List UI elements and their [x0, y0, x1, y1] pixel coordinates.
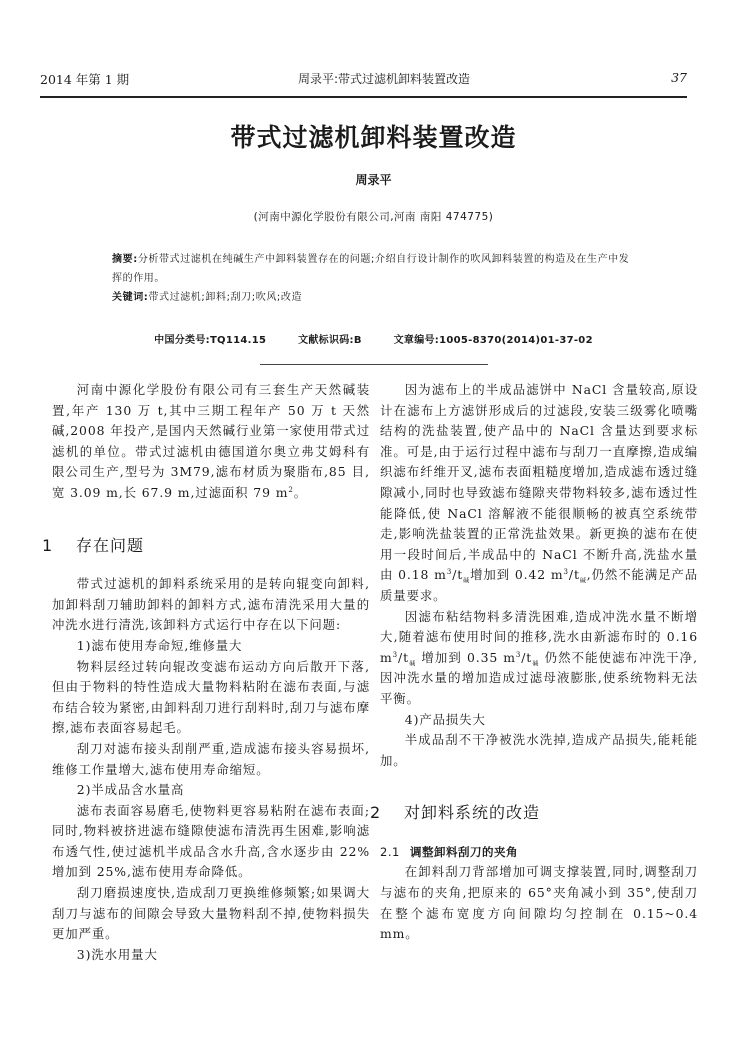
keywords-label: 关键词:: [112, 292, 148, 303]
abstract-text: 分析带式过滤机在纯碱生产中卸料装置存在的问题;介绍自行设计制作的吹风卸料装置的构…: [112, 254, 629, 284]
section-heading-2: 2对卸料系统的改造: [370, 803, 698, 824]
running-title: 周录平:带式过滤机卸料装置改造: [298, 70, 470, 87]
classification-line: 中国分类号:TQ114.15 文献标识码:B 文章编号:1005-8370(20…: [0, 331, 747, 346]
abstract-label: 摘要:: [112, 254, 138, 265]
nacl-paragraph: 因为滤布上的半成品滤饼中 NaCl 含量较高,原设计在滤布上方滤饼形成后的过滤段…: [380, 380, 698, 607]
header-rule: [40, 96, 687, 98]
item4-paragraph: 半成品刮不干净被洗水洗掉,造成产品损失,能耗能加。: [380, 730, 698, 771]
subsection-heading-2-1: 2.1调整卸料刮刀的夹角: [380, 842, 698, 863]
document-code: 文献标识码:B: [298, 335, 362, 346]
article-author: 周录平: [0, 171, 747, 188]
item2-paragraph-1: 滤布表面容易磨毛,使物料更容易粘附在滤布表面;同时,物料被挤进滤布缝隙使滤布清洗…: [52, 801, 370, 883]
section-heading-1: 1存在问题: [42, 536, 370, 557]
running-header: 2014 年第 1 期 周录平:带式过滤机卸料装置改造 37: [40, 70, 687, 90]
section1-paragraph: 带式过滤机的卸料系统采用的是转向辊变向卸料,加卸料刮刀辅助卸料的卸料方式,滤布清…: [52, 574, 370, 636]
intro-paragraph: 河南中源化学股份有限公司有三套生产天然碱装置,年产 130 万 t,其中三期工程…: [52, 380, 370, 504]
item1-paragraph-1: 物料层经过转向辊改变滤布运动方向后散开下落,但由于物料的特性造成大量物料粘附在滤…: [52, 657, 370, 739]
item-heading-1: 1)滤布使用寿命短,维修量大: [52, 636, 370, 657]
article-number: 文章编号:1005-8370(2014)01-37-02: [394, 335, 593, 346]
divider-rule: [260, 364, 488, 365]
subsection-2-1-paragraph: 在卸料刮刀背部增加可调支撑装置,同时,调整刮刀与滤布的夹角,把原来的 65°夹角…: [380, 862, 698, 944]
journal-issue: 2014 年第 1 期: [40, 70, 129, 88]
clc-number: 中国分类号:TQ114.15: [154, 335, 266, 346]
abstract-block: 摘要:分析带式过滤机在纯碱生产中卸料装置存在的问题;介绍自行设计制作的吹风卸料装…: [112, 250, 632, 307]
keywords: 关键词:带式过滤机;卸料;刮刀;吹风;改造: [112, 288, 632, 307]
left-column: 河南中源化学股份有限公司有三套生产天然碱装置,年产 130 万 t,其中三期工程…: [52, 380, 370, 965]
keywords-text: 带式过滤机;卸料;刮刀;吹风;改造: [148, 292, 302, 303]
page-number: 37: [671, 70, 687, 85]
abstract: 摘要:分析带式过滤机在纯碱生产中卸料装置存在的问题;介绍自行设计制作的吹风卸料装…: [112, 250, 632, 288]
item-heading-2: 2)半成品含水量高: [52, 780, 370, 801]
item-heading-3: 3)洗水用量大: [52, 945, 370, 966]
wash-water-paragraph: 因滤布粘结物料多清洗困难,造成冲洗水量不断增大,随着滤布使用时间的推移,洗水由新…: [380, 607, 698, 710]
right-column: 因为滤布上的半成品滤饼中 NaCl 含量较高,原设计在滤布上方滤饼形成后的过滤段…: [380, 380, 698, 945]
item-heading-4: 4)产品损失大: [380, 710, 698, 731]
item2-paragraph-2: 刮刀磨损速度快,造成刮刀更换维修频繁;如果调大刮刀与滤布的间隙会导致大量物料刮不…: [52, 883, 370, 945]
article-title: 带式过滤机卸料装置改造: [0, 118, 747, 154]
author-affiliation: (河南中源化学股份有限公司,河南 南阳 474775): [0, 209, 747, 224]
item1-paragraph-2: 刮刀对滤布接头刮削严重,造成滤布接头容易损坏,维修工作量增大,滤布使用寿命缩短。: [52, 739, 370, 780]
